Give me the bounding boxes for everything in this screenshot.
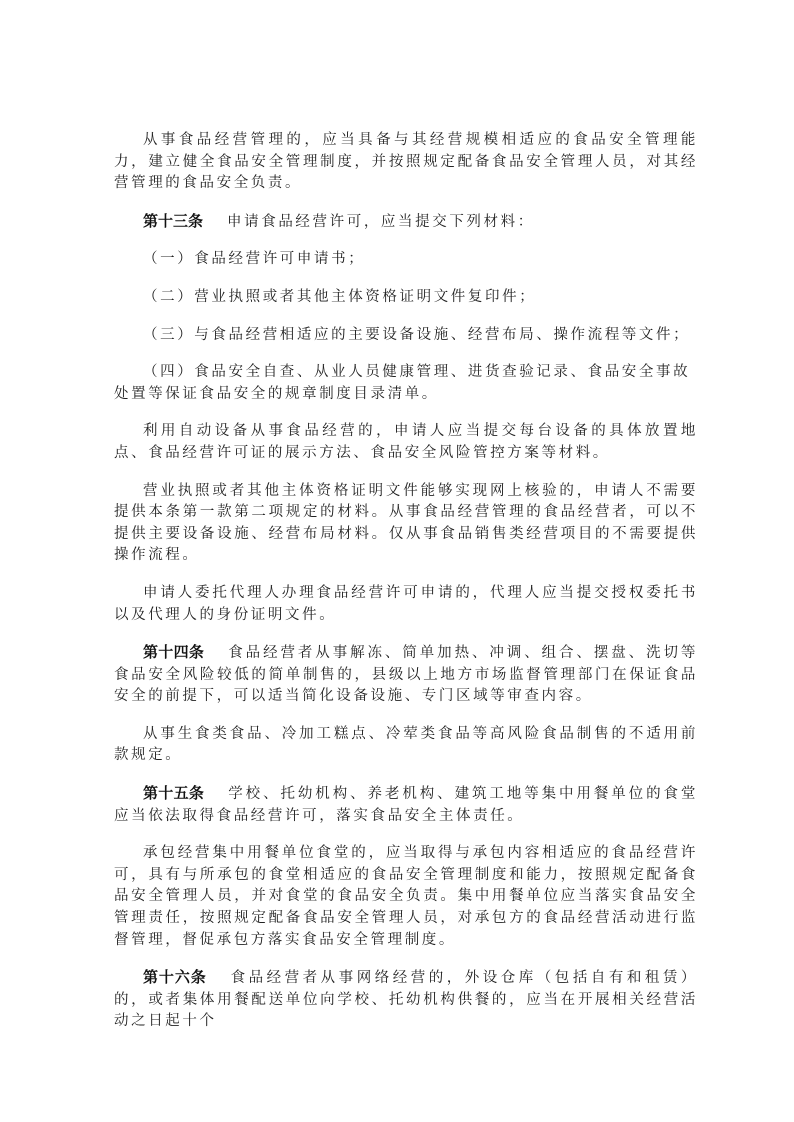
- article-16: 第十六条食品经营者从事网络经营的，外设仓库（包括自有和租赁）的，或者集体用餐配送…: [114, 967, 698, 1033]
- article-heading: 第十五条: [143, 784, 204, 802]
- article-15: 第十五条学校、托幼机构、养老机构、建筑工地等集中用餐单位的食堂应当依法取得食品经…: [114, 783, 698, 827]
- article-text: 申请食品经营许可，应当提交下列材料：: [227, 214, 535, 230]
- article-heading: 第十三条: [143, 212, 203, 230]
- list-item: （四）食品安全自查、从业人员健康管理、进货查验记录、食品安全事故处置等保证食品安…: [114, 362, 698, 405]
- paragraph: 利用自动设备从事食品经营的，申请人应当提交每台设备的具体放置地点、食品经营许可证…: [114, 421, 698, 464]
- paragraph: 承包经营集中用餐单位食堂的，应当取得与承包内容相适应的食品经营许可，具有与所承包…: [114, 843, 698, 951]
- list-item: （一）食品经营许可申请书；: [114, 249, 698, 271]
- list-item: （二）营业执照或者其他主体资格证明文件复印件；: [114, 287, 698, 309]
- article-14: 第十四条食品经营者从事解冻、简单加热、冲调、组合、摆盘、洗切等食品安全风险较低的…: [114, 642, 698, 708]
- paragraph: 营业执照或者其他主体资格证明文件能够实现网上核验的，申请人不需要提供本条第一款第…: [114, 481, 698, 567]
- article-heading: 第十六条: [143, 968, 207, 986]
- list-item: （三）与食品经营相适应的主要设备设施、经营布局、操作流程等文件；: [114, 325, 698, 347]
- article-13: 第十三条申请食品经营许可，应当提交下列材料：: [114, 211, 698, 234]
- document-page: 从事食品经营管理的，应当具备与其经营规模相适应的食品安全管理能力，建立健全食品安…: [114, 130, 698, 1049]
- paragraph: 从事食品经营管理的，应当具备与其经营规模相适应的食品安全管理能力，建立健全食品安…: [114, 130, 698, 195]
- paragraph: 申请人委托代理人办理食品经营许可申请的，代理人应当提交授权委托书以及代理人的身份…: [114, 583, 698, 626]
- article-heading: 第十四条: [143, 643, 204, 661]
- paragraph: 从事生食类食品、冷加工糕点、冷荤类食品等高风险食品制售的不适用前款规定。: [114, 724, 698, 767]
